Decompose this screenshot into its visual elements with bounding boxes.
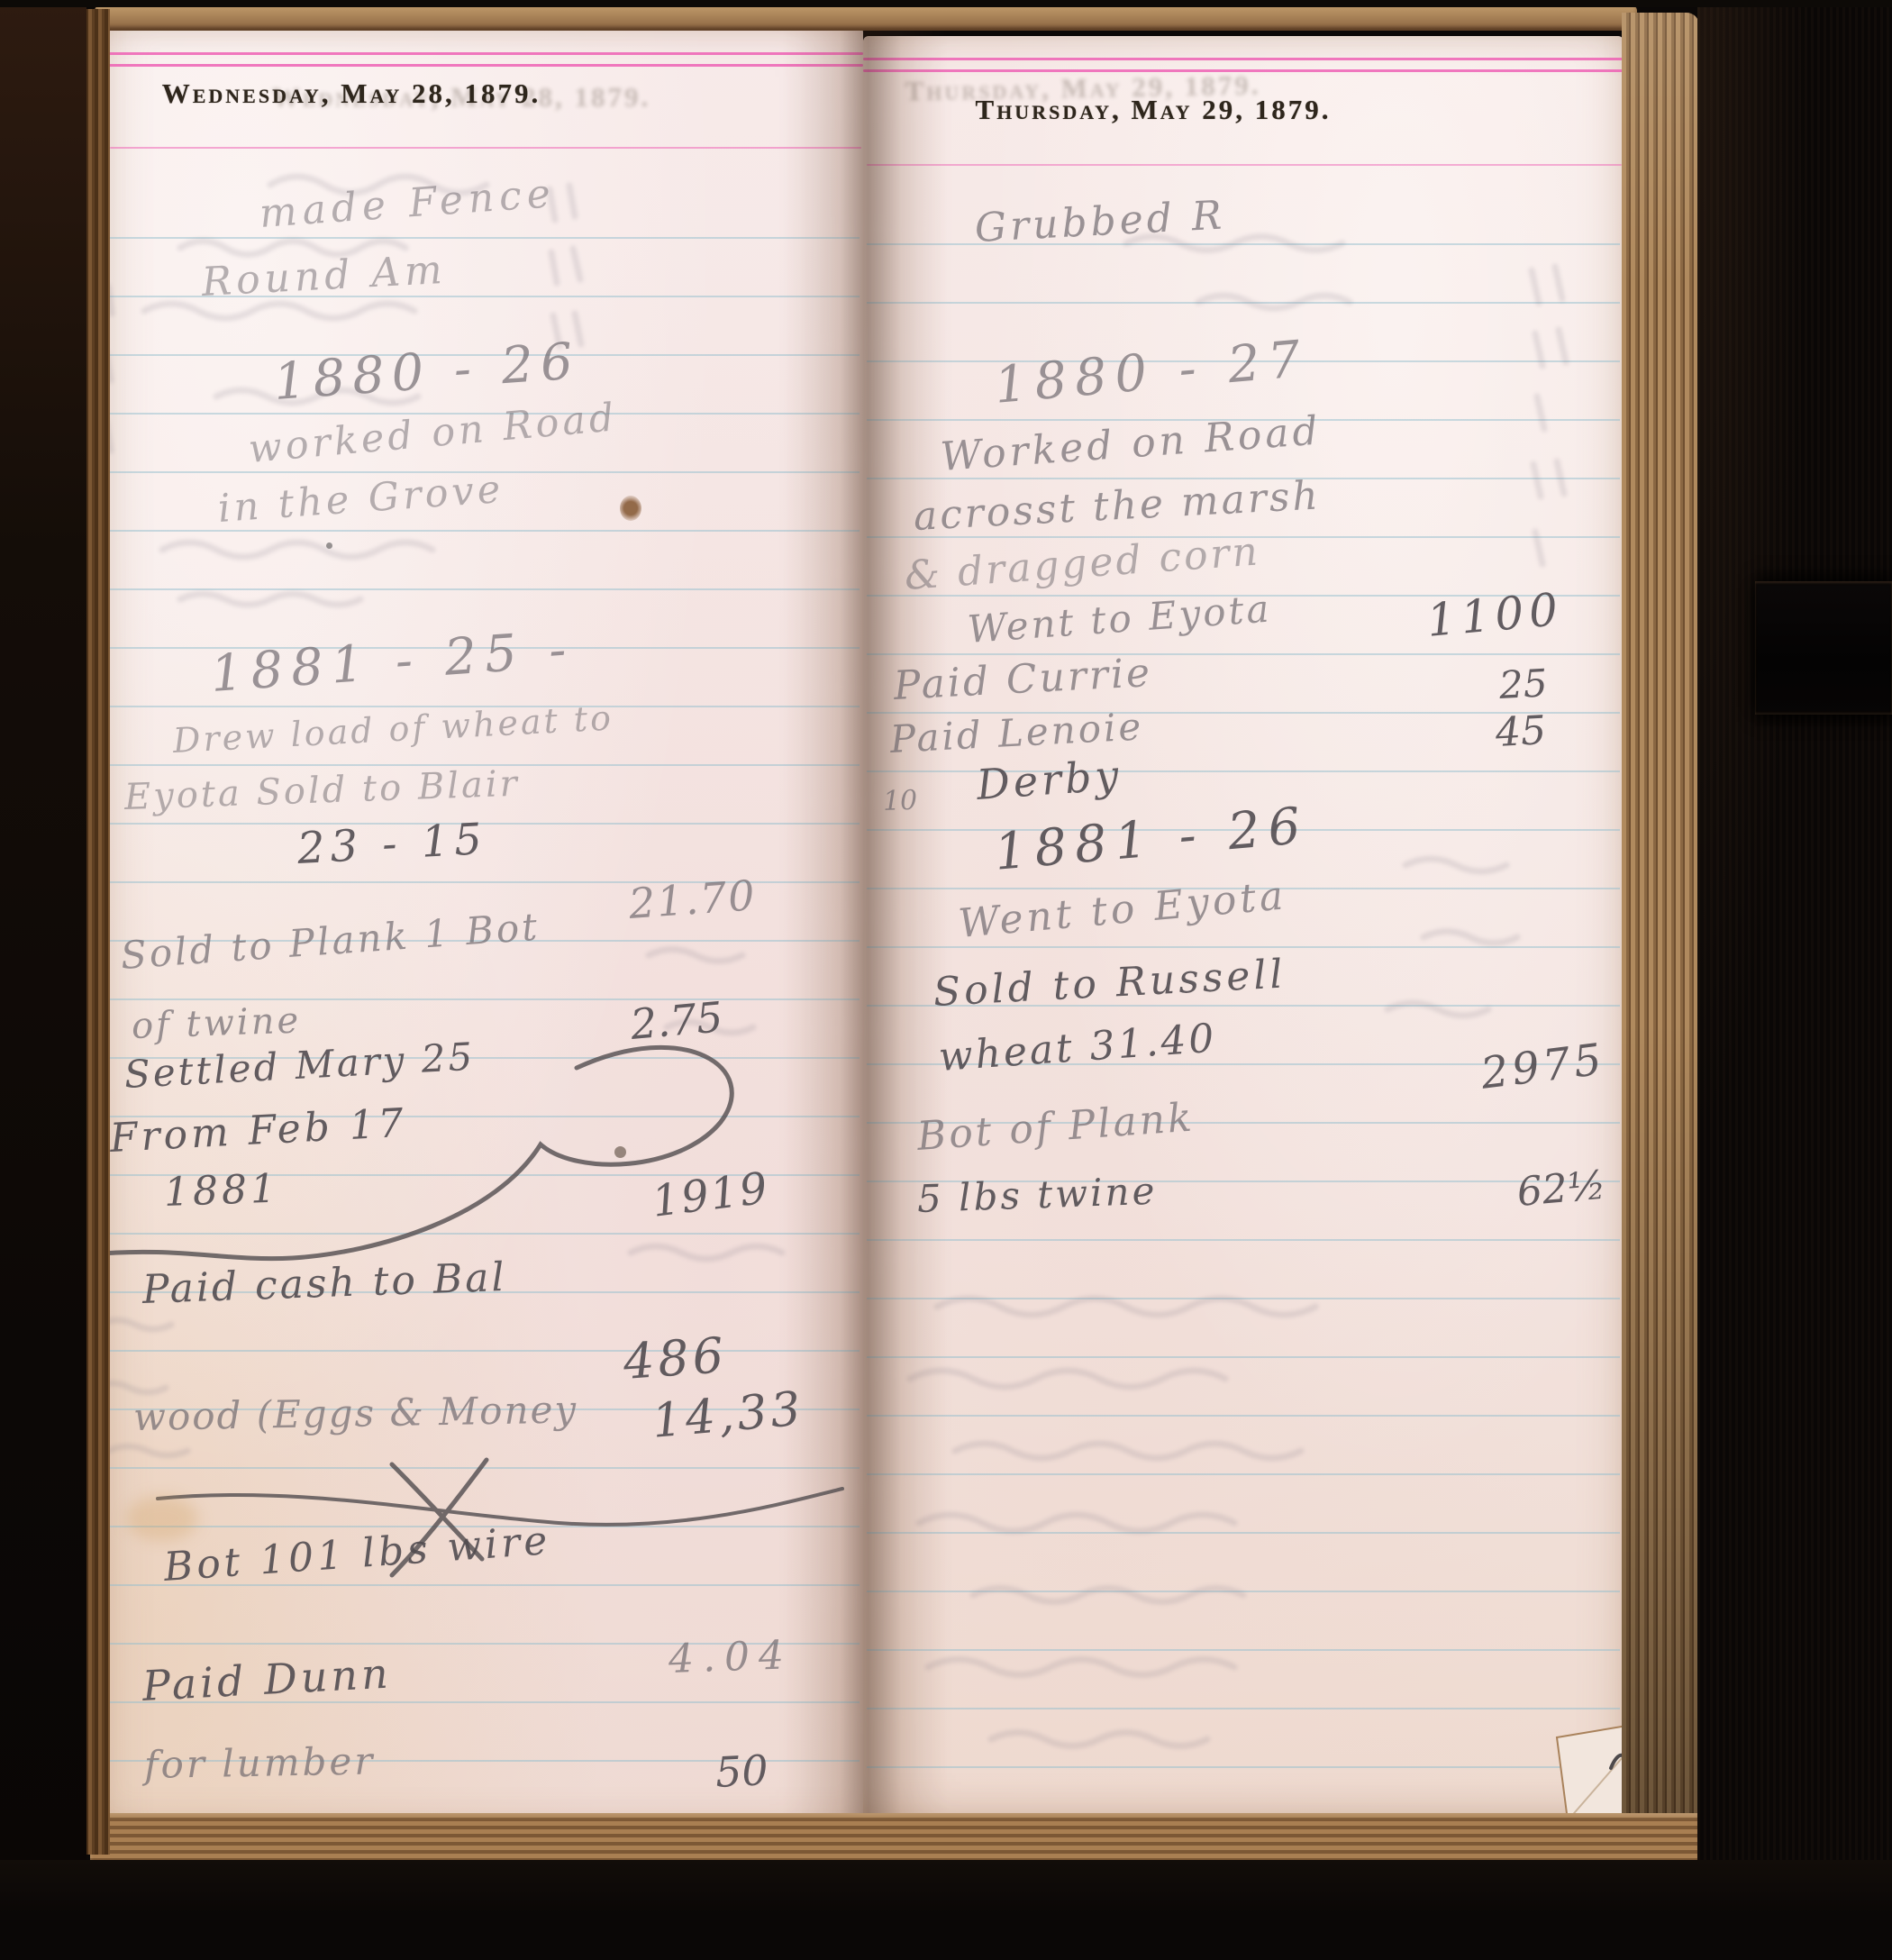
- diary-scan-photo: Wednesday, May 28, 1879. Wednesday, May …: [0, 0, 1892, 1960]
- pink-rule-left-top1: [106, 52, 863, 55]
- hw-left-line-19: wood (Eggs & Money: [133, 1387, 578, 1439]
- hw-right-line-12: 45: [1495, 707, 1548, 756]
- page-header-left-date: Wednesday, May 28, 1879.: [126, 77, 577, 110]
- pink-rule-right-top1: [863, 58, 1624, 60]
- hw-right-line-9: 25: [1498, 661, 1549, 707]
- hw-left-line-15: 1881: [163, 1166, 280, 1216]
- hw-left-line-8: 23 - 15: [296, 814, 489, 874]
- hw-left-line-22: 4.04: [668, 1632, 794, 1682]
- hw-left-line-18: 486: [622, 1326, 729, 1390]
- photo-top-edge: [0, 0, 1892, 7]
- page-stack-edge-right: [1622, 13, 1699, 1846]
- hw-left-line-9: 21.70: [627, 871, 758, 928]
- hw-right-line-10: 10: [882, 785, 917, 817]
- book-cover-left: [0, 0, 86, 1960]
- hw-left-line-12: 2.75: [629, 992, 725, 1049]
- book-cover-right: [1697, 0, 1892, 1960]
- hw-right-line-20: 62½: [1515, 1162, 1608, 1215]
- hw-left-line-11: of twine: [131, 999, 302, 1047]
- hw-right-line-19: 5 lbs twine: [916, 1169, 1158, 1221]
- page-stack-edge-bottom: [90, 1813, 1705, 1864]
- paper-stain: [620, 496, 641, 521]
- page-header-right-date: Thursday, May 29, 1879.: [973, 94, 1333, 126]
- hw-left-line-25: 50: [714, 1746, 769, 1797]
- book-cover-bottom: [0, 1860, 1892, 1960]
- book-gutter-shadow: [782, 25, 948, 1837]
- page-stack-edge-left: [85, 9, 110, 1855]
- page-stack-edge-top: [95, 5, 1637, 31]
- book-clasp-tab: [1755, 581, 1892, 715]
- pink-rule-right-under-header: [867, 164, 1622, 166]
- paper-speck: [614, 1146, 626, 1158]
- paper-speck-small: [326, 542, 332, 549]
- pink-rule-left-top2: [106, 64, 863, 67]
- hw-right-line-11: Derby: [975, 751, 1123, 809]
- hw-left-line-24: for lumber: [144, 1739, 376, 1787]
- pink-rule-left-under-header: [110, 147, 861, 149]
- paper-yellow-blotch: [126, 1496, 198, 1541]
